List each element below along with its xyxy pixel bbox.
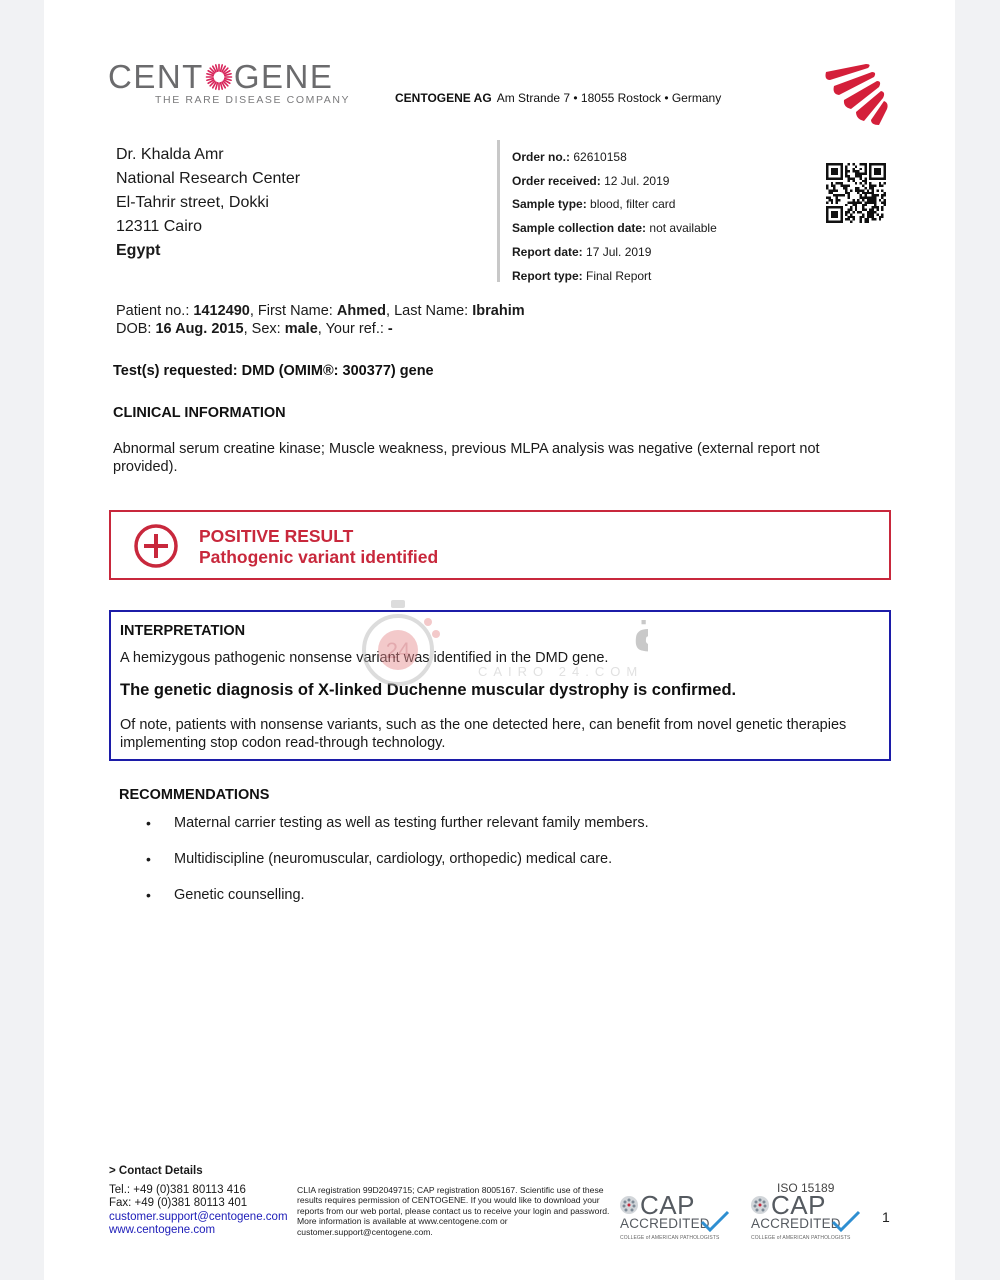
order-received-row: Order received: 12 Jul. 2019 <box>512 170 717 194</box>
contact-heading: > Contact Details <box>109 1165 288 1179</box>
clinical-information-text: Abnormal serum creatine kinase; Muscle w… <box>113 440 883 476</box>
result-subtitle: Pathogenic variant identified <box>199 547 438 568</box>
centogene-logo: CENT GENE <box>108 58 333 96</box>
recipient-street: El-Tahrir street, Dokki <box>116 191 300 215</box>
tests-requested: Test(s) requested: DMD (OMIM®: 300377) g… <box>113 363 434 379</box>
interpretation-diagnosis: The genetic diagnosis of X-linked Duchen… <box>120 681 736 700</box>
interpretation-box: INTERPRETATION A hemizygous pathogenic n… <box>109 610 891 761</box>
iso-cap-accredited-logo: ISO 15189 CAP ACCREDITED COLLEGE of AMER… <box>749 1181 867 1244</box>
recipient-institution: National Research Center <box>116 167 300 191</box>
company-name: CENTOGENE AG <box>395 91 492 105</box>
contact-tel: Tel.: +49 (0)381 80113 416 <box>109 1184 288 1198</box>
sunburst-logo-icon <box>205 63 233 91</box>
checkmark-icon <box>700 1210 730 1232</box>
recipient-name: Dr. Khalda Amr <box>116 143 300 167</box>
report-date-row: Report date: 17 Jul. 2019 <box>512 241 717 265</box>
support-email-link[interactable]: customer.support@centogene.com <box>109 1211 288 1225</box>
recommendation-item: •Genetic counselling. <box>146 887 649 923</box>
legal-notice: CLIA registration 99D2049715; CAP regist… <box>297 1185 613 1237</box>
contact-fax: Fax: +49 (0)381 80113 401 <box>109 1197 288 1211</box>
company-address: Am Strande 7 • 18055 Rostock • Germany <box>497 91 722 105</box>
clinical-information-heading: CLINICAL INFORMATION <box>113 405 286 421</box>
cap-dots-icon <box>749 1194 771 1216</box>
vertical-divider <box>497 140 500 282</box>
logo-tagline: THE RARE DISEASE COMPANY <box>155 94 350 106</box>
sample-collection-date: not available <box>649 221 716 235</box>
patient-sex: male <box>285 321 318 337</box>
report-date: 17 Jul. 2019 <box>586 245 651 259</box>
sample-collection-row: Sample collection date: not available <box>512 217 717 241</box>
website-link[interactable]: www.centogene.com <box>109 1224 288 1238</box>
logo-text-right: GENE <box>234 58 334 96</box>
patient-reference: - <box>388 321 393 337</box>
centogene-fan-icon <box>822 62 890 126</box>
result-title: POSITIVE RESULT <box>199 526 353 547</box>
checkmark-icon <box>831 1210 861 1232</box>
order-received: 12 Jul. 2019 <box>604 174 669 188</box>
interpretation-note: Of note, patients with nonsense variants… <box>120 716 880 752</box>
recipient-country: Egypt <box>116 239 300 263</box>
interpretation-heading: INTERPRETATION <box>120 623 245 639</box>
patient-first-name: Ahmed <box>337 303 386 319</box>
logo-text-left: CENT <box>108 58 204 96</box>
cap-accredited-logo: CAP ACCREDITED COLLEGE of AMERICAN PATHO… <box>618 1192 736 1244</box>
recommendations-list: •Maternal carrier testing as well as tes… <box>146 815 649 923</box>
patient-info: Patient no.: 1412490, First Name: Ahmed,… <box>116 302 525 338</box>
patient-number: 1412490 <box>193 303 249 319</box>
report-type: Final Report <box>586 269 651 283</box>
contact-details: > Contact Details Tel.: +49 (0)381 80113… <box>109 1165 288 1238</box>
qr-code-icon <box>826 163 886 223</box>
patient-last-name: Ibrahim <box>472 303 524 319</box>
interpretation-finding: A hemizygous pathogenic nonsense variant… <box>120 650 608 666</box>
order-number: 62610158 <box>573 150 626 164</box>
sample-type: blood, filter card <box>590 197 675 211</box>
plus-circle-icon <box>133 523 179 569</box>
company-address-line: CENTOGENE AGAm Strande 7 • 18055 Rostock… <box>395 91 721 105</box>
report-type-row: Report type: Final Report <box>512 265 717 289</box>
order-info: Order no.: 62610158 Order received: 12 J… <box>512 146 717 288</box>
recommendations-heading: RECOMMENDATIONS <box>119 787 269 803</box>
recipient-address: Dr. Khalda Amr National Research Center … <box>116 143 300 263</box>
recommendation-item: •Maternal carrier testing as well as tes… <box>146 815 649 851</box>
patient-dob: 16 Aug. 2015 <box>155 321 243 337</box>
positive-result-box: POSITIVE RESULT Pathogenic variant ident… <box>109 510 891 580</box>
sample-type-row: Sample type: blood, filter card <box>512 193 717 217</box>
order-number-row: Order no.: 62610158 <box>512 146 717 170</box>
recommendation-item: •Multidiscipline (neuromuscular, cardiol… <box>146 851 649 887</box>
cap-dots-icon <box>618 1194 640 1216</box>
recipient-city: 12311 Cairo <box>116 215 300 239</box>
page-number: 1 <box>882 1209 890 1225</box>
